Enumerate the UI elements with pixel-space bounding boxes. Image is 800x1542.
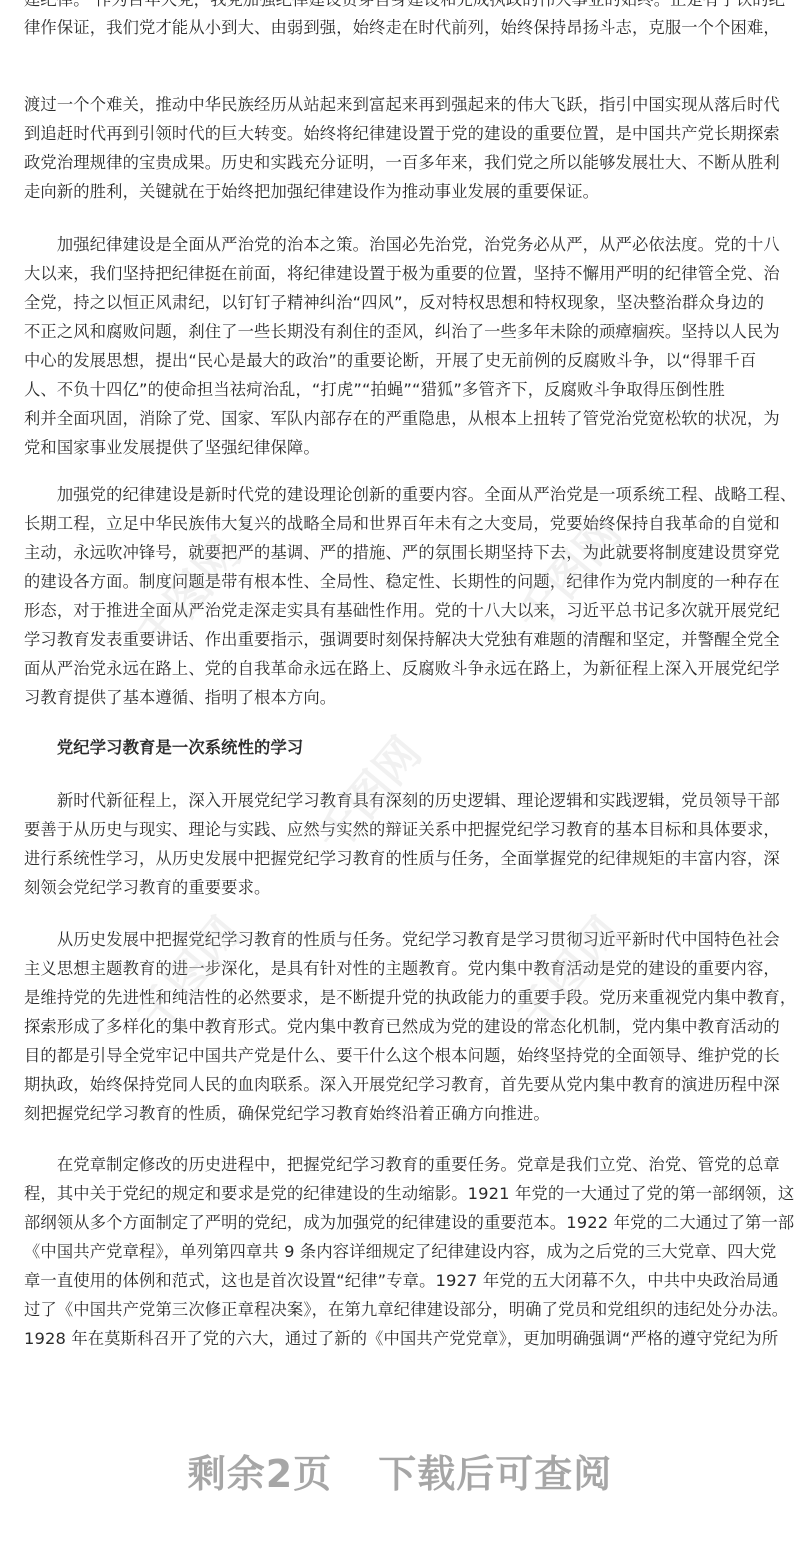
paragraph-line: 的建设各方面。制度问题是带有根本性、全局性、稳定性、长期性的问题，纪律作为党内制… bbox=[24, 572, 784, 592]
paragraph-line: 主动，永远吹冲锋号，就要把严的基调、严的措施、严的氛围长期坚持下去，为此就要将制… bbox=[24, 543, 784, 563]
document-page: 建纪律。 作为百年大党，我党加强纪律建设贯穿自身建设和完成执政的伟大事业的始终。… bbox=[0, 0, 800, 1542]
paragraph-line: 形态，对于推进全面从严治党走深走实具有基础性作用。党的十八大以来，习近平总书记多… bbox=[24, 601, 784, 621]
section-heading: 党纪学习教育是一次系统性的学习 bbox=[24, 738, 784, 758]
paragraph-line: 律作保证，我们党才能从小到大、由弱到强，始终走在时代前列，始终保持昂扬斗志，克服… bbox=[24, 18, 784, 38]
paragraph-line: 过了《中国共产党第三次修正章程决案》，在第九章纪律建设部分，明确了党员和党组织的… bbox=[24, 1300, 784, 1320]
paragraph-line: 到追赶时代再到引领时代的巨大转变。始终将纪律建设置于党的建设的重要位置，是中国共… bbox=[24, 124, 784, 144]
paragraph-line: 加强纪律建设是全面从严治党的治本之策。治国必先治党，治党务必从严，从严必依法度。… bbox=[24, 235, 784, 255]
paragraph-line: 政党治理规律的宝贵成果。历史和实践充分证明，一百多年来，我们党之所以能够发展壮大… bbox=[24, 153, 784, 173]
paragraph-line: 人、不负十四亿”的使命担当祛疴治乱，“打虎”“拍蝇”“猎狐”多管齐下，反腐败斗争… bbox=[24, 380, 784, 400]
paragraph-line: 不正之风和腐败问题，刹住了一些长期没有刹住的歪风，纠治了一些多年未除的顽瘴痼疾。… bbox=[24, 322, 784, 342]
paragraph-line: 《中国共产党章程》，单列第四章共 9 条内容详细规定了纪律建设内容，成为之后党的… bbox=[24, 1242, 784, 1262]
paragraph-line: 大以来，我们坚持把纪律挺在前面，将纪律建设置于极为重要的位置，坚持不懈用严明的纪… bbox=[24, 264, 784, 284]
paragraph-line: 探索形成了多样化的集中教育形式。党内集中教育已然成为党的建设的常态化机制，党内集… bbox=[24, 1017, 784, 1037]
paragraph-line: 走向新的胜利，关键就在于始终把加强纪律建设作为推动事业发展的重要保证。 bbox=[24, 182, 784, 202]
paragraph-line: 渡过一个个难关，推动中华民族经历从站起来到富起来再到强起来的伟大飞跃，指引中国实… bbox=[24, 95, 784, 115]
download-to-view-label: 下载后可查阅 bbox=[378, 1443, 612, 1498]
paragraph-line: 中心的发展思想，提出“民心是最大的政治”的重要论断，开展了史无前例的反腐败斗争，… bbox=[24, 351, 784, 371]
paragraph-line: 是维持党的先进性和纯洁性的必然要求，是不断提升党的执政能力的重要手段。党历来重视… bbox=[24, 988, 784, 1008]
paragraph-line: 目的都是引导全党牢记中国共产党是什么、要干什么这个根本问题，始终坚持党的全面领导… bbox=[24, 1046, 784, 1066]
paragraph-line: 利并全面巩固，消除了党、国家、军队内部存在的严重隐患，从根本上扭转了管党治党宽松… bbox=[24, 409, 784, 429]
paragraph-line: 程，其中关于党纪的规定和要求是党的纪律建设的生动缩影。1921 年党的一大通过了… bbox=[24, 1184, 784, 1204]
paragraph-line: 长期工程，立足中华民族伟大复兴的战略全局和世界百年未有之大变局，党要始终保持自我… bbox=[24, 514, 784, 534]
remaining-pages-label: 剩余2页 bbox=[188, 1443, 332, 1498]
paragraph-line: 1928 年在莫斯科召开了党的六大，通过了新的《中国共产党党章》，更加明确强调“… bbox=[24, 1329, 784, 1349]
paragraph-line: 主义思想主题教育的进一步深化，是具有针对性的主题教育。党内集中教育活动是党的建设… bbox=[24, 959, 784, 979]
download-more-banner[interactable]: 剩余2页下载后可查阅 bbox=[0, 1443, 800, 1498]
paragraph-line: 刻把握党纪学习教育的性质，确保党纪学习教育始终沿着正确方向推进。 bbox=[24, 1104, 784, 1124]
paragraph-line: 全党，持之以恒正风肃纪，以钉钉子精神纠治“四风”，反对特权思想和特权现象，坚决整… bbox=[24, 293, 784, 313]
paragraph-line: 章一直使用的体例和范式，这也是首次设置“纪律”专章。1927 年党的五大闭幕不久… bbox=[24, 1271, 784, 1291]
paragraph-line: 进行系统性学习，从历史发展中把握党纪学习教育的性质与任务，全面掌握党的纪律规矩的… bbox=[24, 849, 784, 869]
paragraph-line: 在党章制定修改的历史进程中，把握党纪学习教育的重要任务。党章是我们立党、治党、管… bbox=[24, 1155, 784, 1175]
paragraph-line: 面从严治党永远在路上、党的自我革命永远在路上、反腐败斗争永远在路上，为新征程上深… bbox=[24, 659, 784, 679]
paragraph-line: 部纲领从多个方面制定了严明的党纪，成为加强党的纪律建设的重要范本。1922 年党… bbox=[24, 1213, 784, 1233]
paragraph-line: 学习教育发表重要讲话、作出重要指示，强调要时刻保持解决大党独有难题的清醒和坚定，… bbox=[24, 630, 784, 650]
paragraph-line: 加强党的纪律建设是新时代党的建设理论创新的重要内容。全面从严治党是一项系统工程、… bbox=[24, 485, 784, 505]
paragraph-line: 习教育提供了基本遵循、指明了根本方向。 bbox=[24, 688, 784, 708]
paragraph-line: 期执政，始终保持党同人民的血肉联系。深入开展党纪学习教育，首先要从党内集中教育的… bbox=[24, 1075, 784, 1095]
paragraph-line: 要善于从历史与现实、理论与实践、应然与实然的辩证关系中把握党纪学习教育的基本目标… bbox=[24, 820, 784, 840]
paragraph-line: 新时代新征程上，深入开展党纪学习教育具有深刻的历史逻辑、理论逻辑和实践逻辑，党员… bbox=[24, 791, 784, 811]
paragraph-line: 刻领会党纪学习教育的重要要求。 bbox=[24, 878, 784, 898]
paragraph-line: 党和国家事业发展提供了坚强纪律保障。 bbox=[24, 438, 784, 458]
clipped-top-line: 建纪律。 作为百年大党，我党加强纪律建设贯穿自身建设和完成执政的伟大事业的始终。… bbox=[24, 0, 784, 10]
paragraph-line: 从历史发展中把握党纪学习教育的性质与任务。党纪学习教育是学习贯彻习近平新时代中国… bbox=[24, 930, 784, 950]
